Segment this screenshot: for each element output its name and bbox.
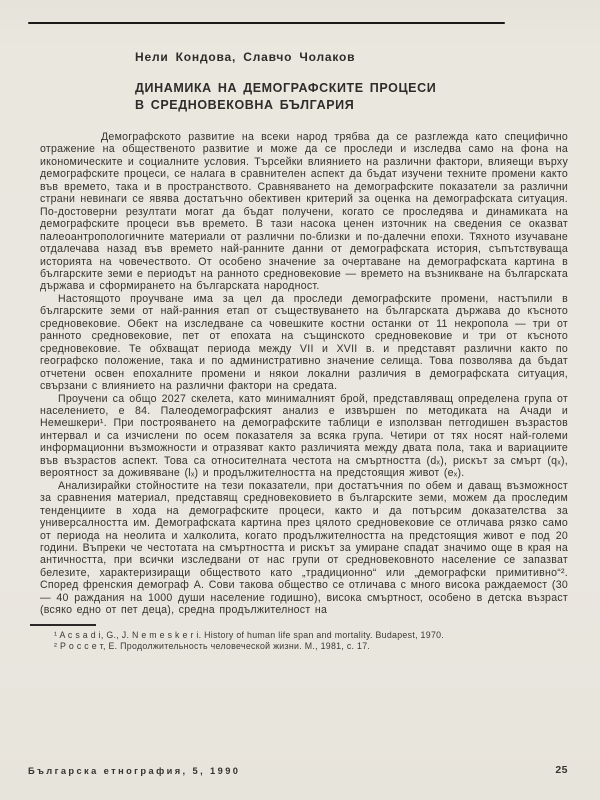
article-paragraph: Настоящото проучване има за цел да просл… (40, 293, 568, 393)
article-body: Демографското развитие на всеки народ тр… (40, 131, 568, 653)
scanned-journal-page: Нели Кондова, Славчо Чолаков ДИНАМИКА НА… (0, 0, 600, 800)
article-paragraph: Демографското развитие на всеки народ тр… (40, 131, 568, 293)
footnote-1: ¹ A c s a d i, G., J. N e m e s k e r i.… (54, 630, 568, 642)
article-title-line-1: ДИНАМИКА НА ДЕМОГРАФСКИТЕ ПРОЦЕСИ (135, 81, 436, 95)
journal-imprint: Българска етнография, 5, 1990 (28, 766, 240, 776)
article-paragraph: Проучени са общо 2027 скелета, като мини… (40, 393, 568, 480)
footnotes-block: ¹ A c s a d i, G., J. N e m e s k e r i.… (40, 630, 568, 653)
footnote-separator (30, 624, 96, 626)
footnote-2: ² Р о с с е т, Е. Продолжительность чело… (54, 641, 568, 653)
header-rule (28, 22, 505, 24)
page-number: 25 (555, 764, 568, 776)
article-authors: Нели Кондова, Славчо Чолаков (135, 50, 555, 64)
article-header: Нели Кондова, Славчо Чолаков ДИНАМИКА НА… (135, 50, 555, 114)
article-title-line-2: В СРЕДНОВЕКОВНА БЪЛГАРИЯ (135, 98, 354, 112)
article-paragraph: Анализирайки стойностите на тези показат… (40, 480, 568, 617)
